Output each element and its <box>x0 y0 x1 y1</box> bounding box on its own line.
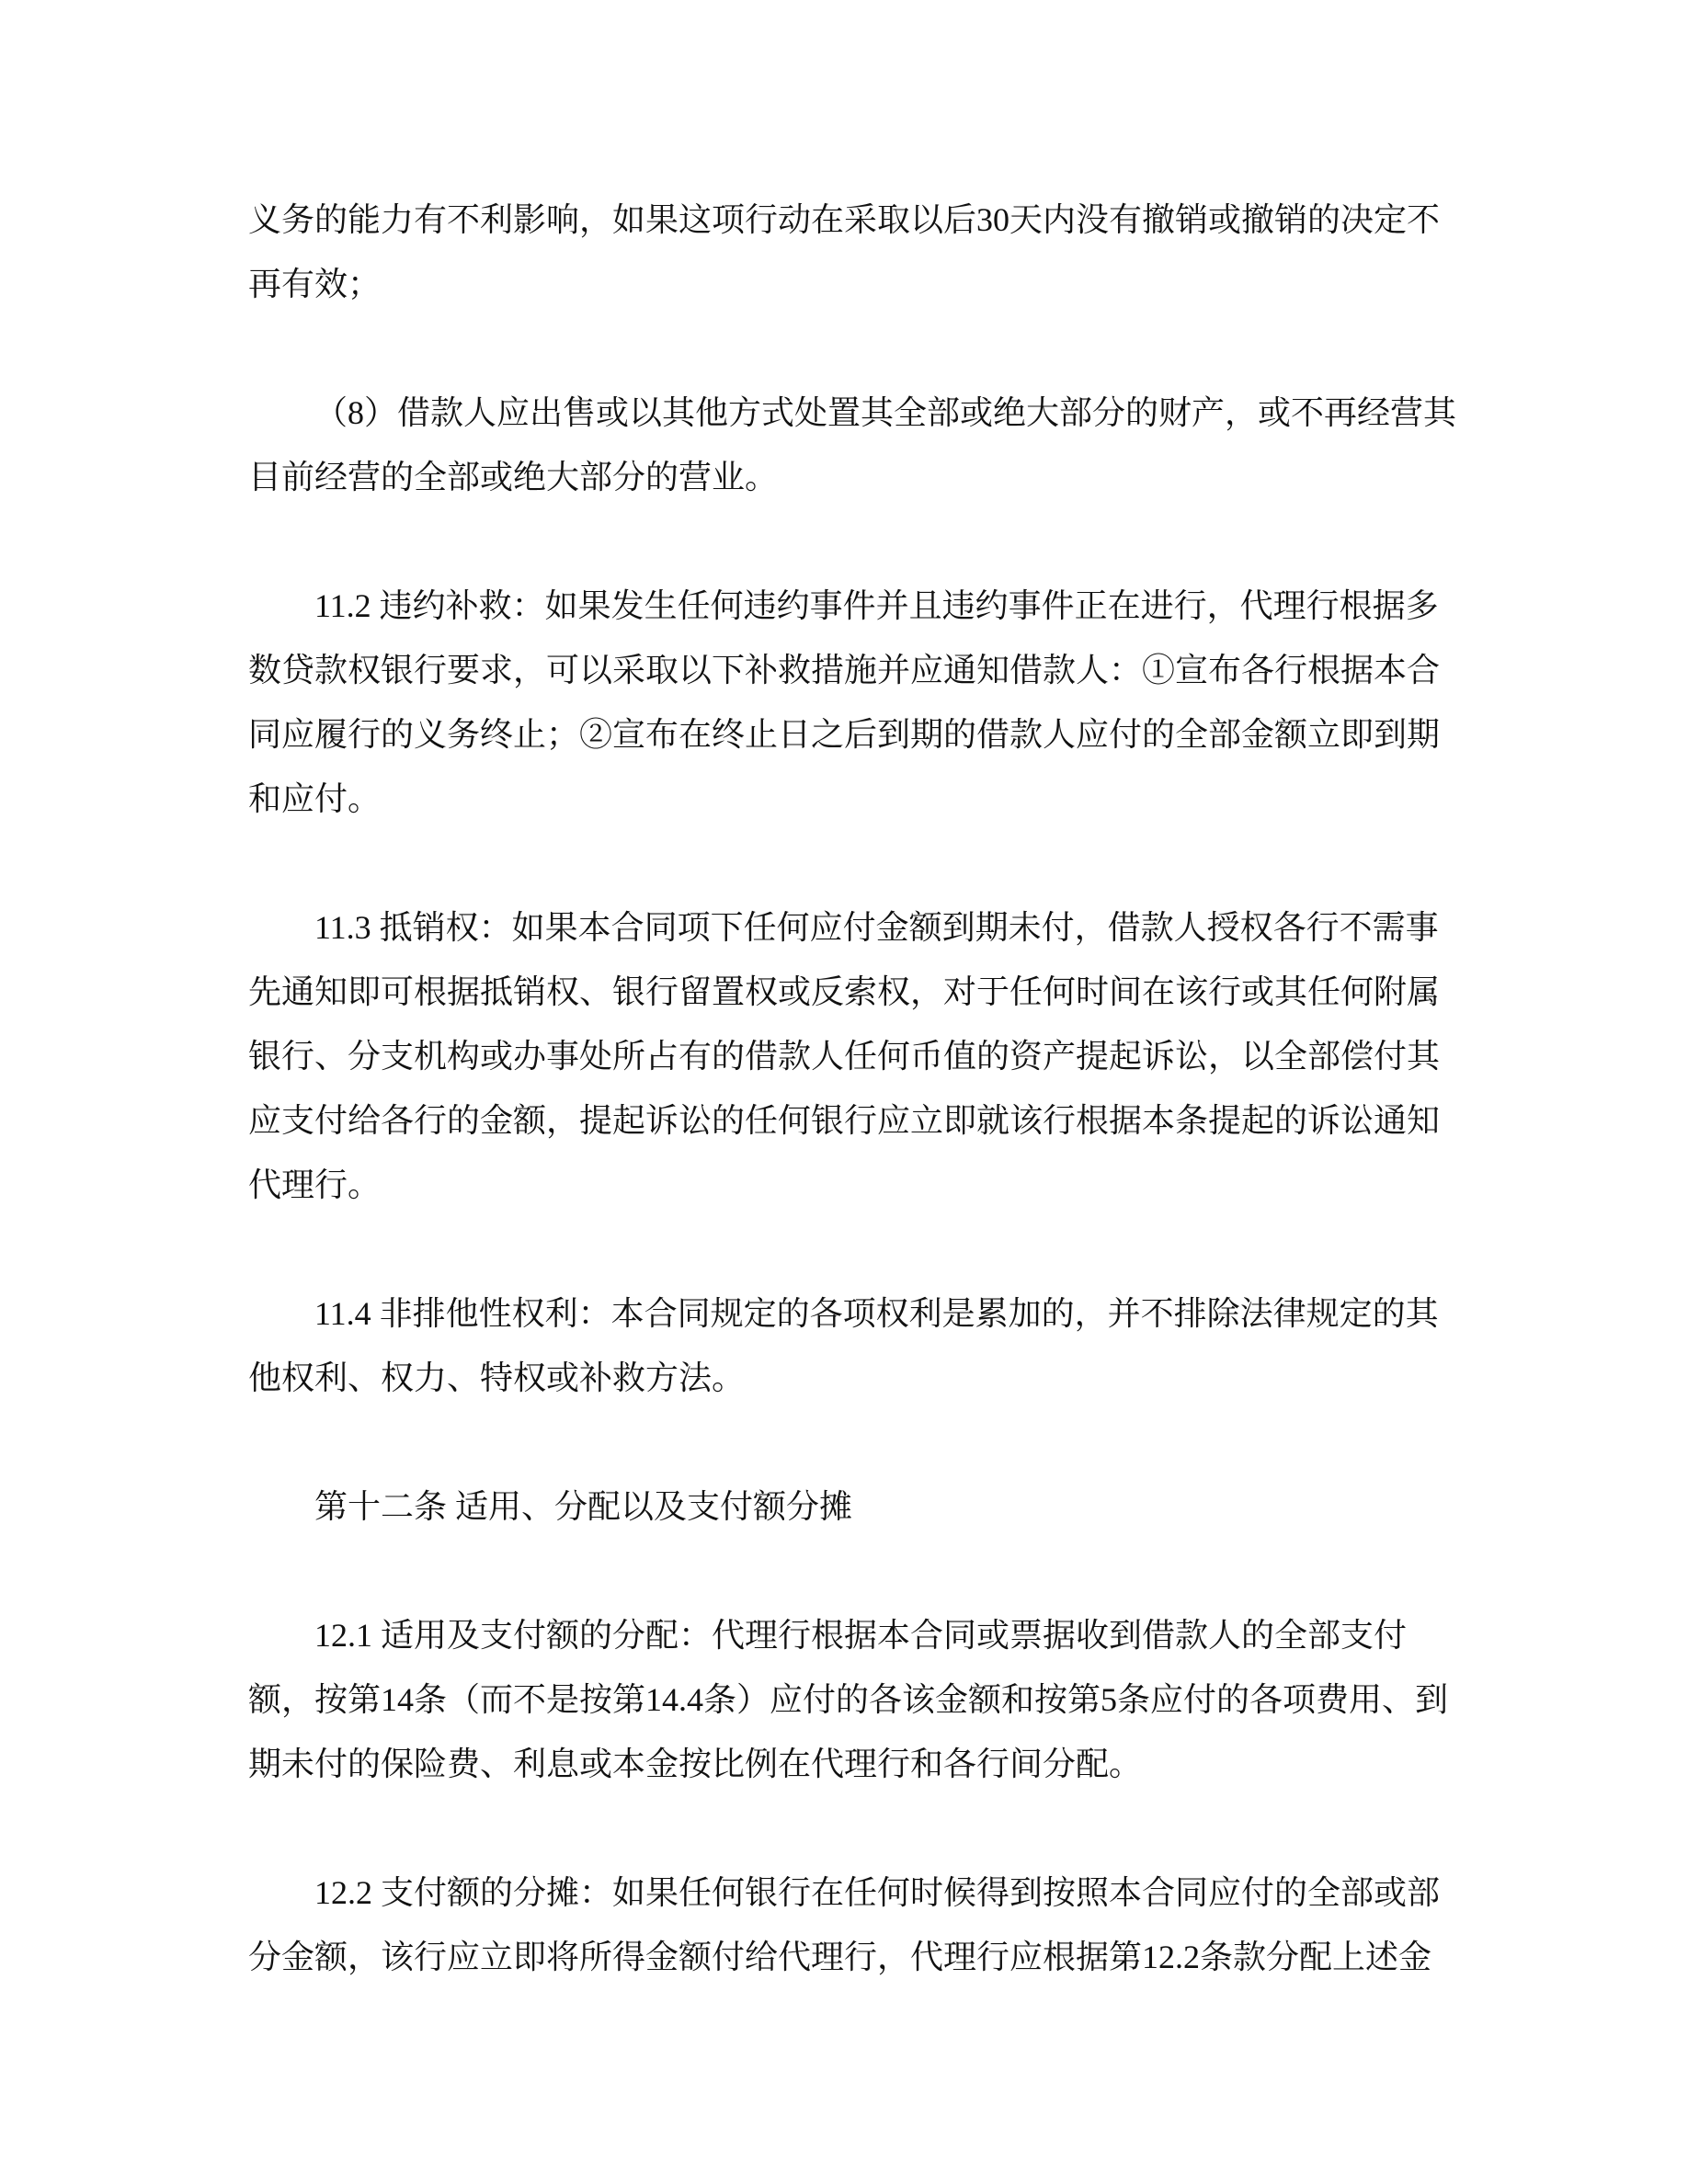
clause-11-1-item-8: （8）借款人应出售或以其他方式处置其全部或绝大部分的财产，或不再经营其目前经营的… <box>248 381 1443 509</box>
text-line: 11.3 抵销权：如果本合同项下任何应付金额到期未付，借款人授权各行不需事 <box>248 895 1443 960</box>
text-line: 11.4 非排他性权利：本合同规定的各项权利是累加的，并不排除法律规定的其 <box>248 1281 1443 1346</box>
text-line: 和应付。 <box>248 767 1443 831</box>
text-line: 第十二条 适用、分配以及支付额分摊 <box>248 1474 1443 1539</box>
clause-11-4-non-exclusive-rights: 11.4 非排他性权利：本合同规定的各项权利是累加的，并不排除法律规定的其他权利… <box>248 1281 1443 1410</box>
text-line: 11.2 违约补救：如果发生任何违约事件并且违约事件正在进行，代理行根据多 <box>248 574 1443 638</box>
text-line: 数贷款权银行要求，可以采取以下补救措施并应通知借款人：①宣布各行根据本合 <box>248 638 1443 702</box>
text-line: 分金额，该行应立即将所得金额付给代理行，代理行应根据第12.2条款分配上述金 <box>248 1925 1443 1989</box>
text-line: （8）借款人应出售或以其他方式处置其全部或绝大部分的财产，或不再经营其 <box>248 381 1443 445</box>
clause-11-2-remedies-of-default: 11.2 违约补救：如果发生任何违约事件并且违约事件正在进行，代理行根据多数贷款… <box>248 574 1443 831</box>
text-line: 12.2 支付额的分摊：如果任何银行在任何时候得到按照本合同应付的全部或部 <box>248 1860 1443 1925</box>
text-line: 期未付的保险费、利息或本金按比例在代理行和各行间分配。 <box>248 1732 1443 1796</box>
clause-11-3-right-of-setoff: 11.3 抵销权：如果本合同项下任何应付金额到期未付，借款人授权各行不需事先通知… <box>248 895 1443 1217</box>
text-line: 目前经营的全部或绝大部分的营业。 <box>248 445 1443 509</box>
document-body: 义务的能力有不利影响，如果这项行动在采取以后30天内没有撤销或撤销的决定不再有效… <box>248 188 1443 1989</box>
text-line: 他权利、权力、特权或补救方法。 <box>248 1346 1443 1410</box>
text-line: 银行、分支机构或办事处所占有的借款人任何币值的资产提起诉讼，以全部偿付其 <box>248 1024 1443 1088</box>
text-line: 同应履行的义务终止；②宣布在终止日之后到期的借款人应付的全部金额立即到期 <box>248 702 1443 767</box>
document-page: 义务的能力有不利影响，如果这项行动在采取以后30天内没有撤销或撤销的决定不再有效… <box>0 0 1688 2184</box>
text-line: 义务的能力有不利影响，如果这项行动在采取以后30天内没有撤销或撤销的决定不 <box>248 188 1443 252</box>
text-line: 再有效； <box>248 252 1443 316</box>
clause-12-1-application-and-distribution: 12.1 适用及支付额的分配：代理行根据本合同或票据收到借款人的全部支付额，按第… <box>248 1603 1443 1796</box>
clause-11-1-continuation: 义务的能力有不利影响，如果这项行动在采取以后30天内没有撤销或撤销的决定不再有效… <box>248 188 1443 316</box>
text-line: 应支付给各行的金额，提起诉讼的任何银行应立即就该行根据本条提起的诉讼通知 <box>248 1088 1443 1153</box>
article-12-heading: 第十二条 适用、分配以及支付额分摊 <box>248 1474 1443 1539</box>
text-line: 12.1 适用及支付额的分配：代理行根据本合同或票据收到借款人的全部支付 <box>248 1603 1443 1667</box>
text-line: 先通知即可根据抵销权、银行留置权或反索权，对于任何时间在该行或其任何附属 <box>248 960 1443 1024</box>
text-line: 代理行。 <box>248 1153 1443 1217</box>
text-line: 额，按第14条（而不是按第14.4条）应付的各该金额和按第5条应付的各项费用、到 <box>248 1667 1443 1732</box>
clause-12-2-sharing-of-payments: 12.2 支付额的分摊：如果任何银行在任何时候得到按照本合同应付的全部或部分金额… <box>248 1860 1443 1989</box>
